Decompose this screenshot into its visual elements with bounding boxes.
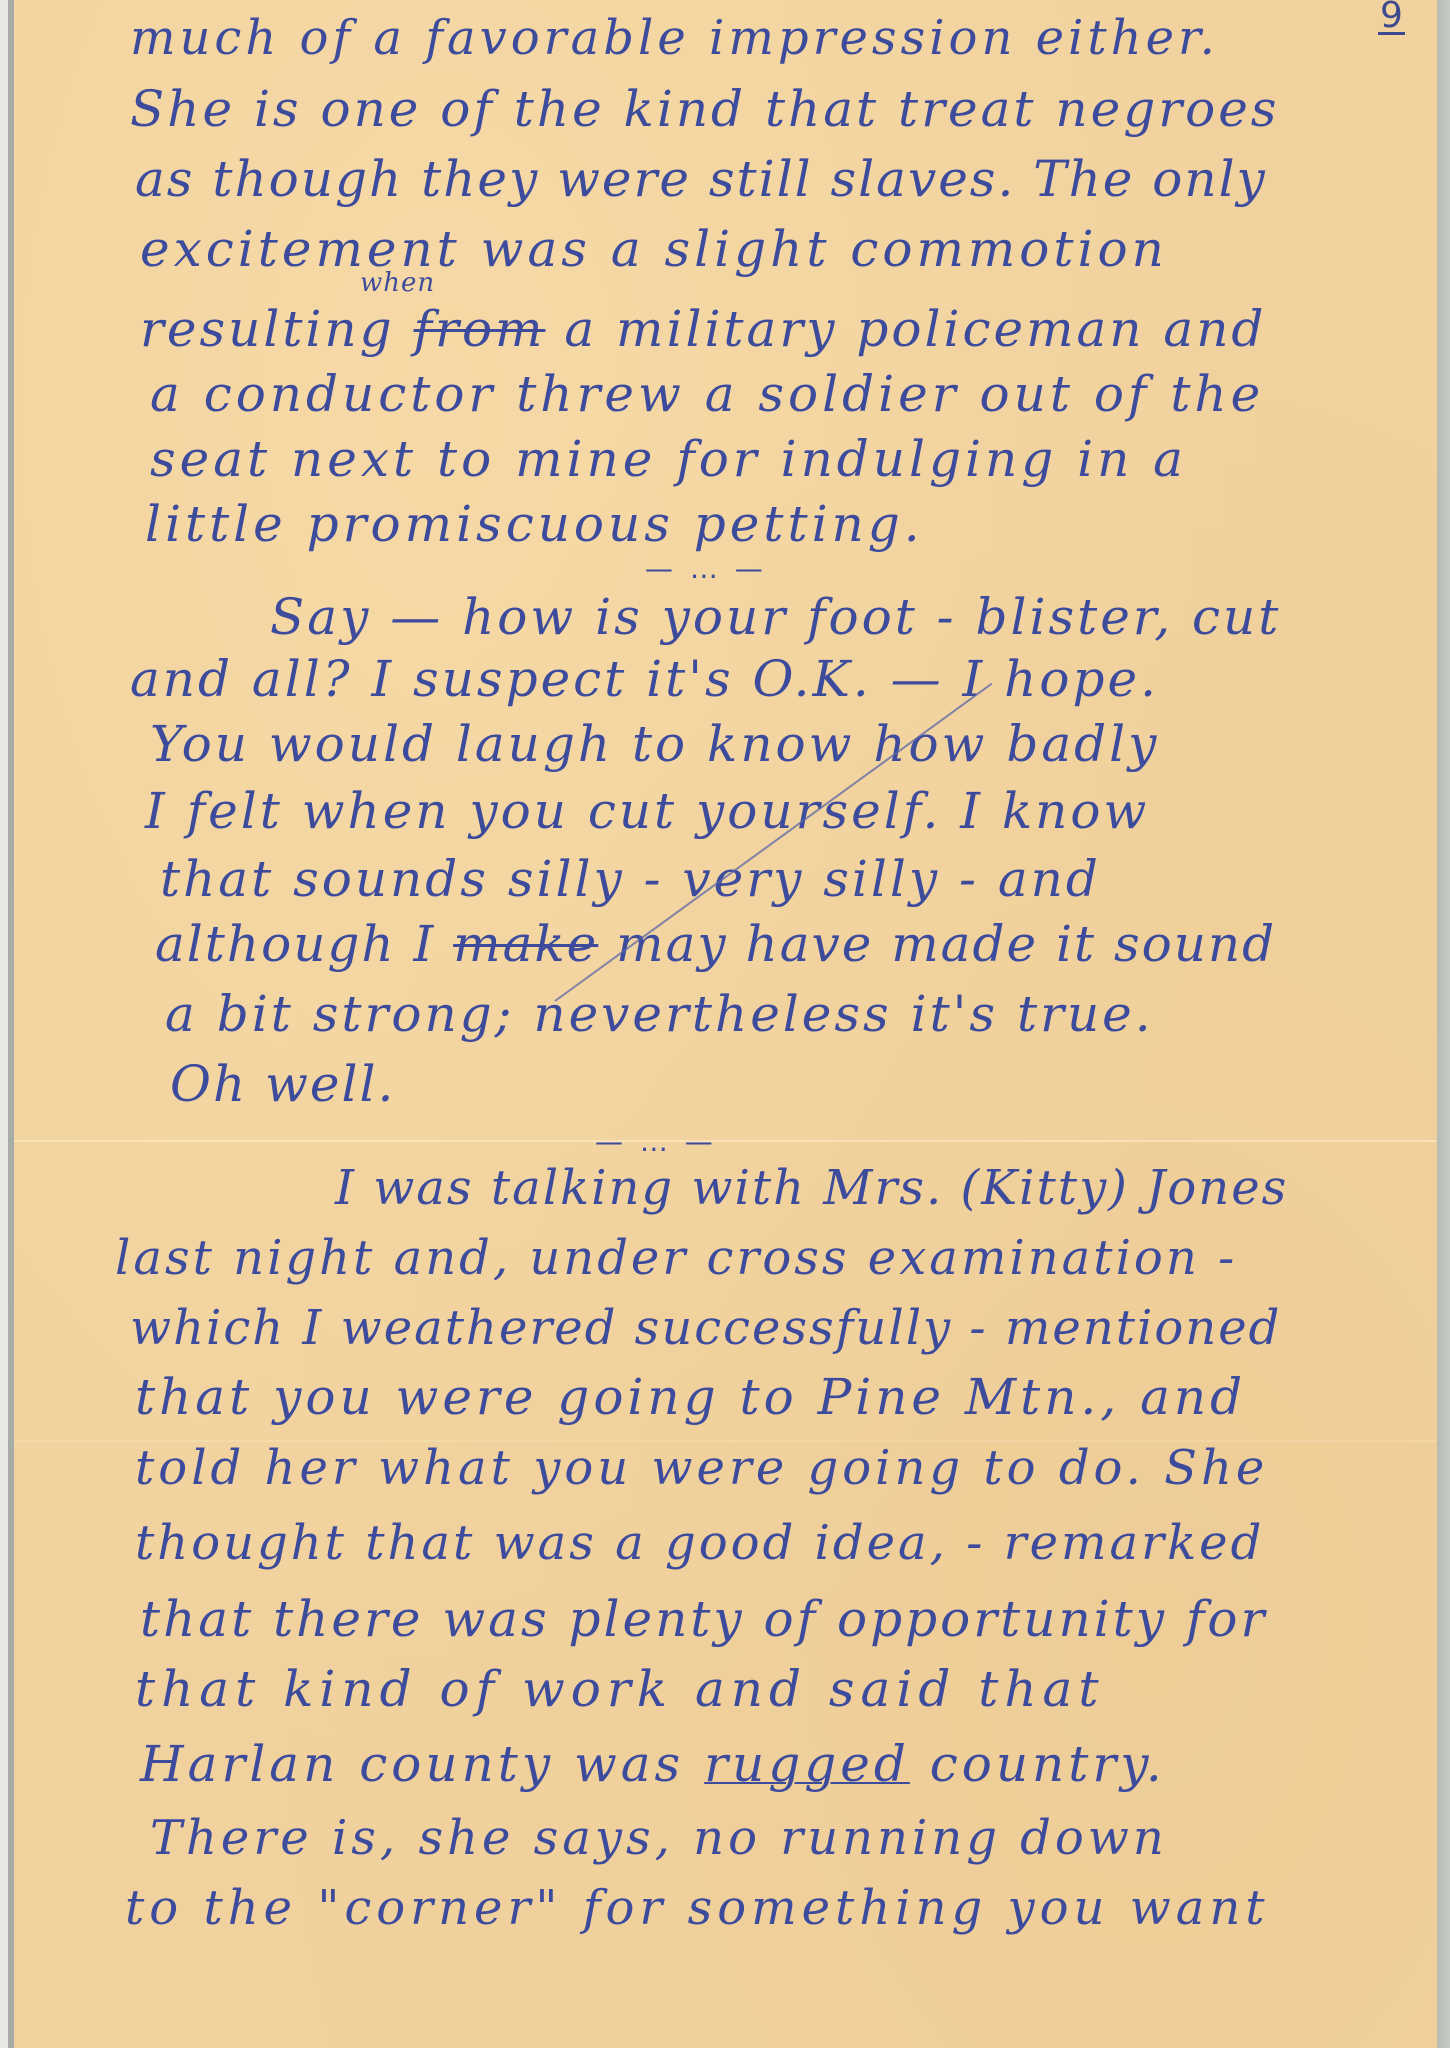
letter-line: I was talking with Mrs. (Kitty) Jones (335, 1160, 1288, 1216)
letter-line: Harlan county was rugged country. (140, 1735, 1166, 1793)
scan-border-right (1437, 0, 1450, 2048)
line-segment: little promiscuous (145, 495, 694, 553)
letter-line: seat next to mine for indulging in a (150, 430, 1187, 488)
letter-line: that kind of work and said that (135, 1660, 1104, 1718)
line-segment: a military policeman and (545, 300, 1266, 358)
line-segment: country. (910, 1735, 1166, 1793)
letter-line: little promiscuous petting. (145, 495, 924, 553)
letter-line: excitement was a slight commotion (140, 220, 1168, 278)
inserted-word-when: when (360, 268, 435, 298)
letter-line: Say — how is your foot - blister, cut (270, 588, 1281, 646)
letter-line: told her what you were going to do. She (135, 1440, 1268, 1496)
underlined-word-rugged: rugged (704, 1735, 910, 1793)
page-number: 9 (1378, 0, 1405, 35)
struck-word-make: make (453, 915, 598, 973)
letter-line: as though they were still slaves. The on… (135, 150, 1267, 208)
letter-line: a bit strong; nevertheless it's true. (165, 985, 1154, 1043)
letter-line: to the "corner" for something you want (125, 1880, 1270, 1936)
letter-line: She is one of the kind that treat negroe… (130, 80, 1279, 138)
line-segment: may have made it sound (598, 915, 1276, 973)
line-segment: resulting (140, 300, 414, 358)
line-segment: although I (155, 915, 453, 973)
section-divider: — … — (595, 1125, 717, 1158)
letter-line: which I weathered successfully - mention… (130, 1300, 1281, 1356)
line-segment: . (904, 495, 924, 553)
letter-line: Oh well. (170, 1055, 395, 1113)
letter-line: You would laugh to know how badly (150, 715, 1159, 773)
letter-line: that you were going to Pine Mtn., and (135, 1368, 1246, 1426)
letter-line: much of a favorable impression either. (130, 10, 1219, 66)
letter-line: that sounds silly - very silly - and (160, 850, 1101, 908)
paper-fold-line (14, 1140, 1437, 1142)
letter-line: a conductor threw a soldier out of the (150, 365, 1264, 423)
scan-border-left (0, 0, 8, 2048)
letter-line: thought that was a good idea, - remarked (135, 1515, 1264, 1571)
struck-word-from: from (414, 300, 546, 358)
letter-line: resulting from a military policeman and (140, 300, 1266, 358)
letter-line: last night and, under cross examination … (115, 1230, 1237, 1286)
letter-line: although I make may have made it sound (155, 915, 1276, 973)
letter-line: There is, she says, no running down (150, 1810, 1168, 1866)
letter-line: that there was plenty of opportunity for (140, 1590, 1267, 1648)
letter-line: I felt when you cut yourself. I know (145, 782, 1149, 840)
line-segment: petting (694, 495, 904, 553)
letter-line: and all? I suspect it's O.K. — I hope. (130, 650, 1159, 708)
line-segment: Harlan county was (140, 1735, 704, 1793)
section-divider: — … — (645, 552, 767, 585)
